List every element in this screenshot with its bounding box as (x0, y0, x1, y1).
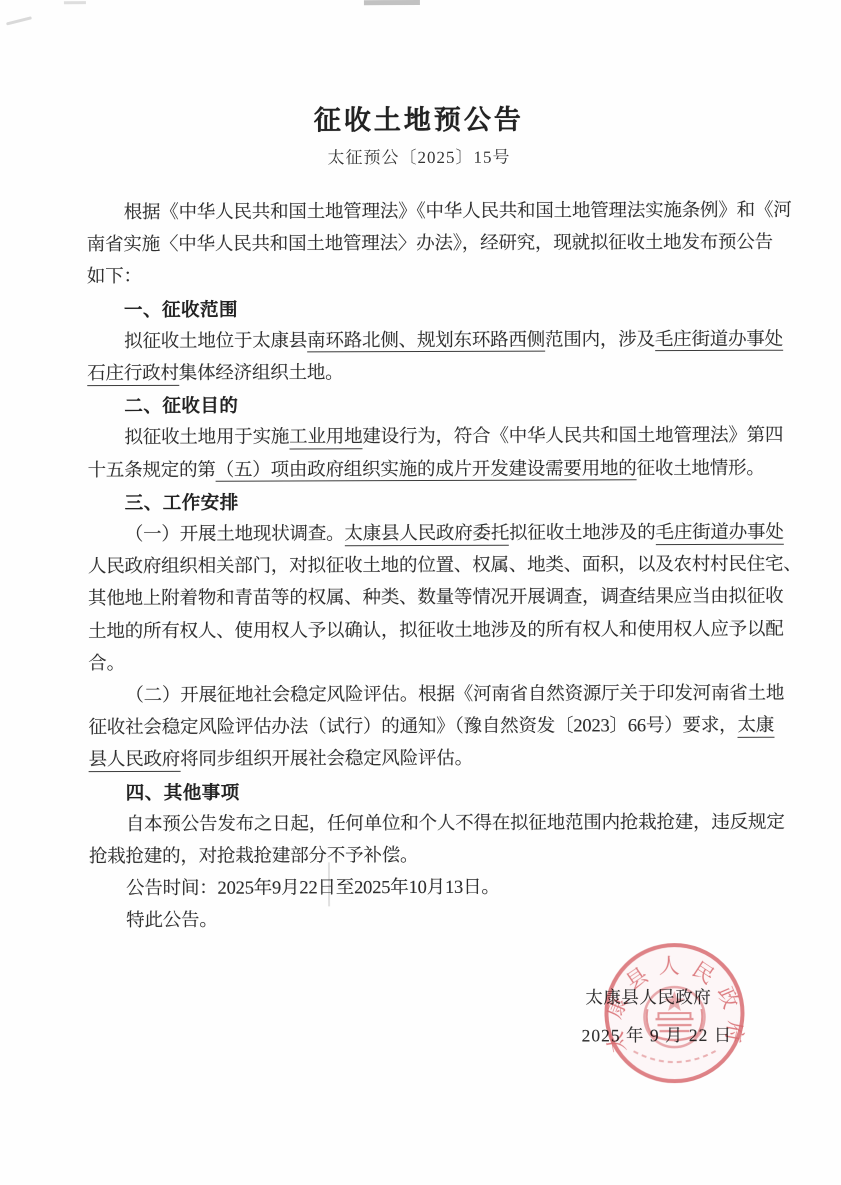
doc-title: 征收土地预公告 (0, 97, 839, 139)
doc-line: 自本预公告发布之日起，任何单位和个人不得在拟征地范围内抢栽抢建，违反规定 (89, 807, 779, 842)
doc-text: 二、征收目的 (124, 395, 238, 416)
underlined-text: 南环路北侧、规划东环路西侧 (307, 330, 545, 352)
doc-text: 合。 (88, 654, 125, 674)
scan-artifact (6, 16, 32, 25)
section-heading: 一、征收范围 (87, 291, 777, 326)
doc-text: 四、其他事项 (126, 781, 240, 802)
doc-text: 其他地上附着物和青苗等的权属、种类、数量等情况开展调查，调查结果应当由拟征收 (88, 587, 783, 609)
doc-line: 石庄行政村集体经济组织土地。 (87, 356, 777, 391)
official-seal: 太康县人民政府 (595, 939, 754, 1090)
section-heading: 三、工作安排 (88, 485, 778, 520)
doc-text: 建设行为，符合《中华人民共和国土地管理法》第四 (362, 426, 783, 447)
doc-line: 土地的所有权人、使用权人予以确认，拟征收土地涉及的所有权人和使用权人应予以配 (88, 613, 778, 648)
section-heading: 四、其他事项 (89, 774, 779, 809)
doc-line: （一）开展土地现状调查。太康县人民政府委托拟征收土地涉及的毛庄街道办事处 (88, 517, 778, 552)
doc-text: 自本预公告发布之日起，任何单位和个人不得在拟征地范围内抢栽抢建，违反规定 (126, 813, 785, 835)
underlined-text: 县人民政府 (89, 750, 181, 772)
doc-text: 范围内，涉及 (545, 330, 655, 350)
document-body: 根据《中华人民共和国土地管理法》《中华人民共和国土地管理法实施条例》和《河南省实… (87, 195, 780, 938)
underlined-text: 毛庄街道办事处 (655, 523, 783, 545)
doc-text: 南省实施〈中华人民共和国土地管理法〉办法》，经研究，现就拟征收土地发布预公告 (87, 233, 773, 255)
doc-text: 如下： (87, 267, 142, 287)
underlined-text: 太康县人民政府委托 (344, 524, 509, 546)
scan-artifact (64, 1, 86, 4)
doc-text: 一、征收范围 (124, 298, 238, 319)
doc-text: （一）开展土地现状调查。 (125, 524, 345, 545)
section-heading: 二、征收目的 (87, 388, 777, 423)
doc-text: 将同步组织开展社会稳定风险评估。 (180, 749, 473, 770)
doc-line: 拟征收土地位于太康县南环路北侧、规划东环路西侧范围内，涉及毛庄街道办事处 (87, 324, 777, 359)
underlined-text: （五）项由政府组织实施的成片开发建设需要用地的 (216, 459, 637, 482)
doc-text: 拟征收土地涉及的 (509, 523, 655, 544)
scan-artifact (364, 0, 420, 5)
doc-line: 人民政府组织相关部门，对拟征收土地的位置、权属、地类、面积，以及农村村民住宅、 (88, 549, 778, 584)
doc-line: 其他地上附着物和青苗等的权属、种类、数量等情况开展调查，调查结果应当由拟征收 (88, 581, 778, 616)
doc-line: 如下： (87, 259, 777, 294)
doc-line: 根据《中华人民共和国土地管理法》《中华人民共和国土地管理法实施条例》和《河 (87, 195, 777, 230)
doc-text: 根据《中华人民共和国土地管理法》《中华人民共和国土地管理法实施条例》和《河 (124, 201, 792, 223)
doc-text: 人民政府组织相关部门，对拟征收土地的位置、权属、地类、面积，以及农村村民住宅、 (88, 555, 802, 577)
doc-text: 特此公告。 (126, 911, 218, 931)
doc-line: 征收社会稳定风险评估办法（试行）的通知》（豫自然资发〔2023〕66号）要求，太… (88, 710, 778, 745)
underlined-text: 毛庄街道办事处 (655, 330, 783, 352)
doc-line: 拟征收土地用于实施工业用地建设行为，符合《中华人民共和国土地管理法》第四 (87, 420, 777, 455)
doc-text: 征收社会稳定风险评估办法（试行）的通知》（豫自然资发〔2023〕66号）要求， (88, 716, 737, 738)
doc-line: 公告时间：2025年9月22日至2025年10月13日。 (89, 871, 779, 906)
underlined-text: 石庄行政村 (87, 364, 179, 386)
doc-line: 抢栽抢建的，对抢栽抢建部分不予补偿。 (89, 839, 779, 874)
doc-text: 土地的所有权人、使用权人予以确认，拟征收土地涉及的所有权人和使用权人应予以配 (88, 619, 783, 641)
doc-text: 十五条规定的第 (88, 460, 216, 480)
doc-line: 县人民政府将同步组织开展社会稳定风险评估。 (89, 742, 779, 777)
doc-line: （二）开展征地社会稳定风险评估。根据《河南省自然资源厅关于印发河南省土地 (88, 678, 778, 713)
doc-line: 合。 (88, 646, 778, 681)
document-content: 征收土地预公告 太征预公〔2025〕15号 根据《中华人民共和国土地管理法》《中… (0, 0, 841, 1185)
doc-line: 特此公告。 (89, 903, 779, 938)
doc-text: 拟征收土地用于实施 (124, 428, 289, 449)
doc-text: 集体经济组织土地。 (179, 363, 344, 384)
document-page: 征收土地预公告 太征预公〔2025〕15号 根据《中华人民共和国土地管理法》《中… (0, 0, 841, 1185)
doc-number: 太征预公〔2025〕15号 (0, 142, 840, 170)
doc-line: 南省实施〈中华人民共和国土地管理法〉办法》，经研究，现就拟征收土地发布预公告 (87, 227, 777, 262)
doc-line: 十五条规定的第（五）项由政府组织实施的成片开发建设需要用地的征收土地情形。 (88, 452, 778, 487)
doc-text: 拟征收土地位于太康县 (124, 331, 307, 352)
doc-text: （二）开展征地社会稳定风险评估。根据《河南省自然资源厅关于印发河南省土地 (125, 684, 784, 706)
doc-text: 征收土地情形。 (637, 458, 765, 478)
doc-text: 三、工作安排 (125, 491, 239, 512)
underlined-text: 工业用地 (289, 428, 362, 450)
doc-text: 公告时间：2025年9月22日至2025年10月13日。 (126, 878, 500, 899)
doc-text: 抢栽抢建的，对抢栽抢建部分不予补偿。 (89, 846, 418, 867)
underlined-text: 太康 (737, 716, 774, 738)
